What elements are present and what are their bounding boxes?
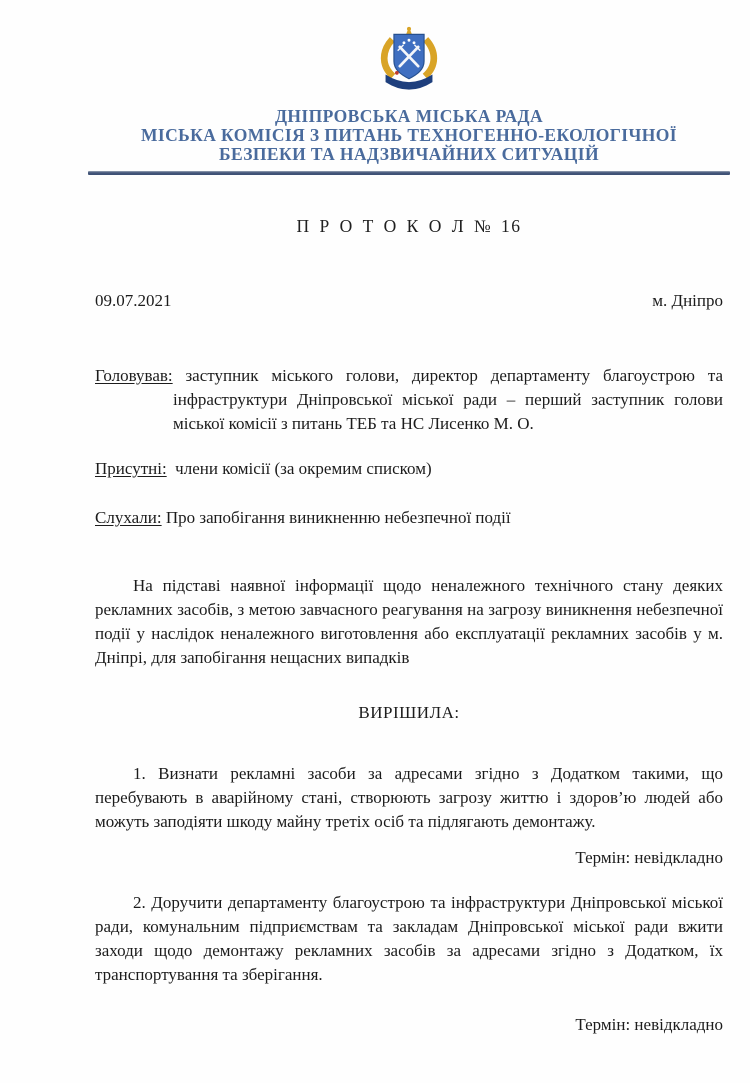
present-label: Присутні: <box>95 459 167 478</box>
gold-branch-right <box>425 39 434 76</box>
gold-branch-left <box>384 39 393 76</box>
chairman-label: Головував: <box>95 366 173 385</box>
organization-header: ДНІПРОВСЬКА МІСЬКА РАДА МІСЬКА КОМІСІЯ З… <box>95 107 723 164</box>
document-meta-row: 09.07.2021 м. Дніпро <box>95 289 723 313</box>
finial-knob <box>407 27 411 31</box>
preamble-paragraph: На підставі наявної інформації щодо нена… <box>95 574 723 670</box>
decision-term-2: Термін: невідкладно <box>95 1013 723 1037</box>
heard-section: Слухали: Про запобігання виникненню небе… <box>95 506 723 530</box>
decision-item-1: 1. Визнати рекламні засоби за адресами з… <box>95 762 723 834</box>
red-accent <box>395 71 399 75</box>
decision-item-2: 2. Доручити департаменту благоустрою та … <box>95 891 723 987</box>
coat-of-arms-svg <box>370 26 448 98</box>
document-content: ДНІПРОВСЬКА МІСЬКА РАДА МІСЬКА КОМІСІЯ З… <box>95 0 723 1037</box>
decision-heading: ВИРІШИЛА: <box>95 701 723 725</box>
dnipro-coat-of-arms-icon <box>369 26 449 103</box>
chairman-text: заступник міського голови, директор депа… <box>173 366 723 433</box>
document-city: м. Дніпро <box>652 289 723 313</box>
present-text: члени комісії (за окремим списком) <box>175 459 431 478</box>
document-date: 09.07.2021 <box>95 289 172 313</box>
heard-label: Слухали: <box>95 508 162 527</box>
present-section: Присутні: члени комісії (за окремим спис… <box>95 457 723 481</box>
decision-term-1: Термін: невідкладно <box>95 846 723 870</box>
commission-name-line2: БЕЗПЕКИ ТА НАДЗВИЧАЙНИХ СИТУАЦІЙ <box>95 145 723 164</box>
heard-text: Про запобігання виникненню небезпечної п… <box>166 508 511 527</box>
header-divider <box>88 171 730 175</box>
organization-name: ДНІПРОВСЬКА МІСЬКА РАДА <box>95 107 723 126</box>
chairman-section: Головував: заступник міського голови, ди… <box>95 364 723 436</box>
protocol-document-page: ДНІПРОВСЬКА МІСЬКА РАДА МІСЬКА КОМІСІЯ З… <box>0 0 750 1083</box>
protocol-title: П Р О Т О К О Л № 16 <box>95 216 723 237</box>
commission-name-line1: МІСЬКА КОМІСІЯ З ПИТАНЬ ТЕХНОГЕННО-ЕКОЛО… <box>95 126 723 145</box>
